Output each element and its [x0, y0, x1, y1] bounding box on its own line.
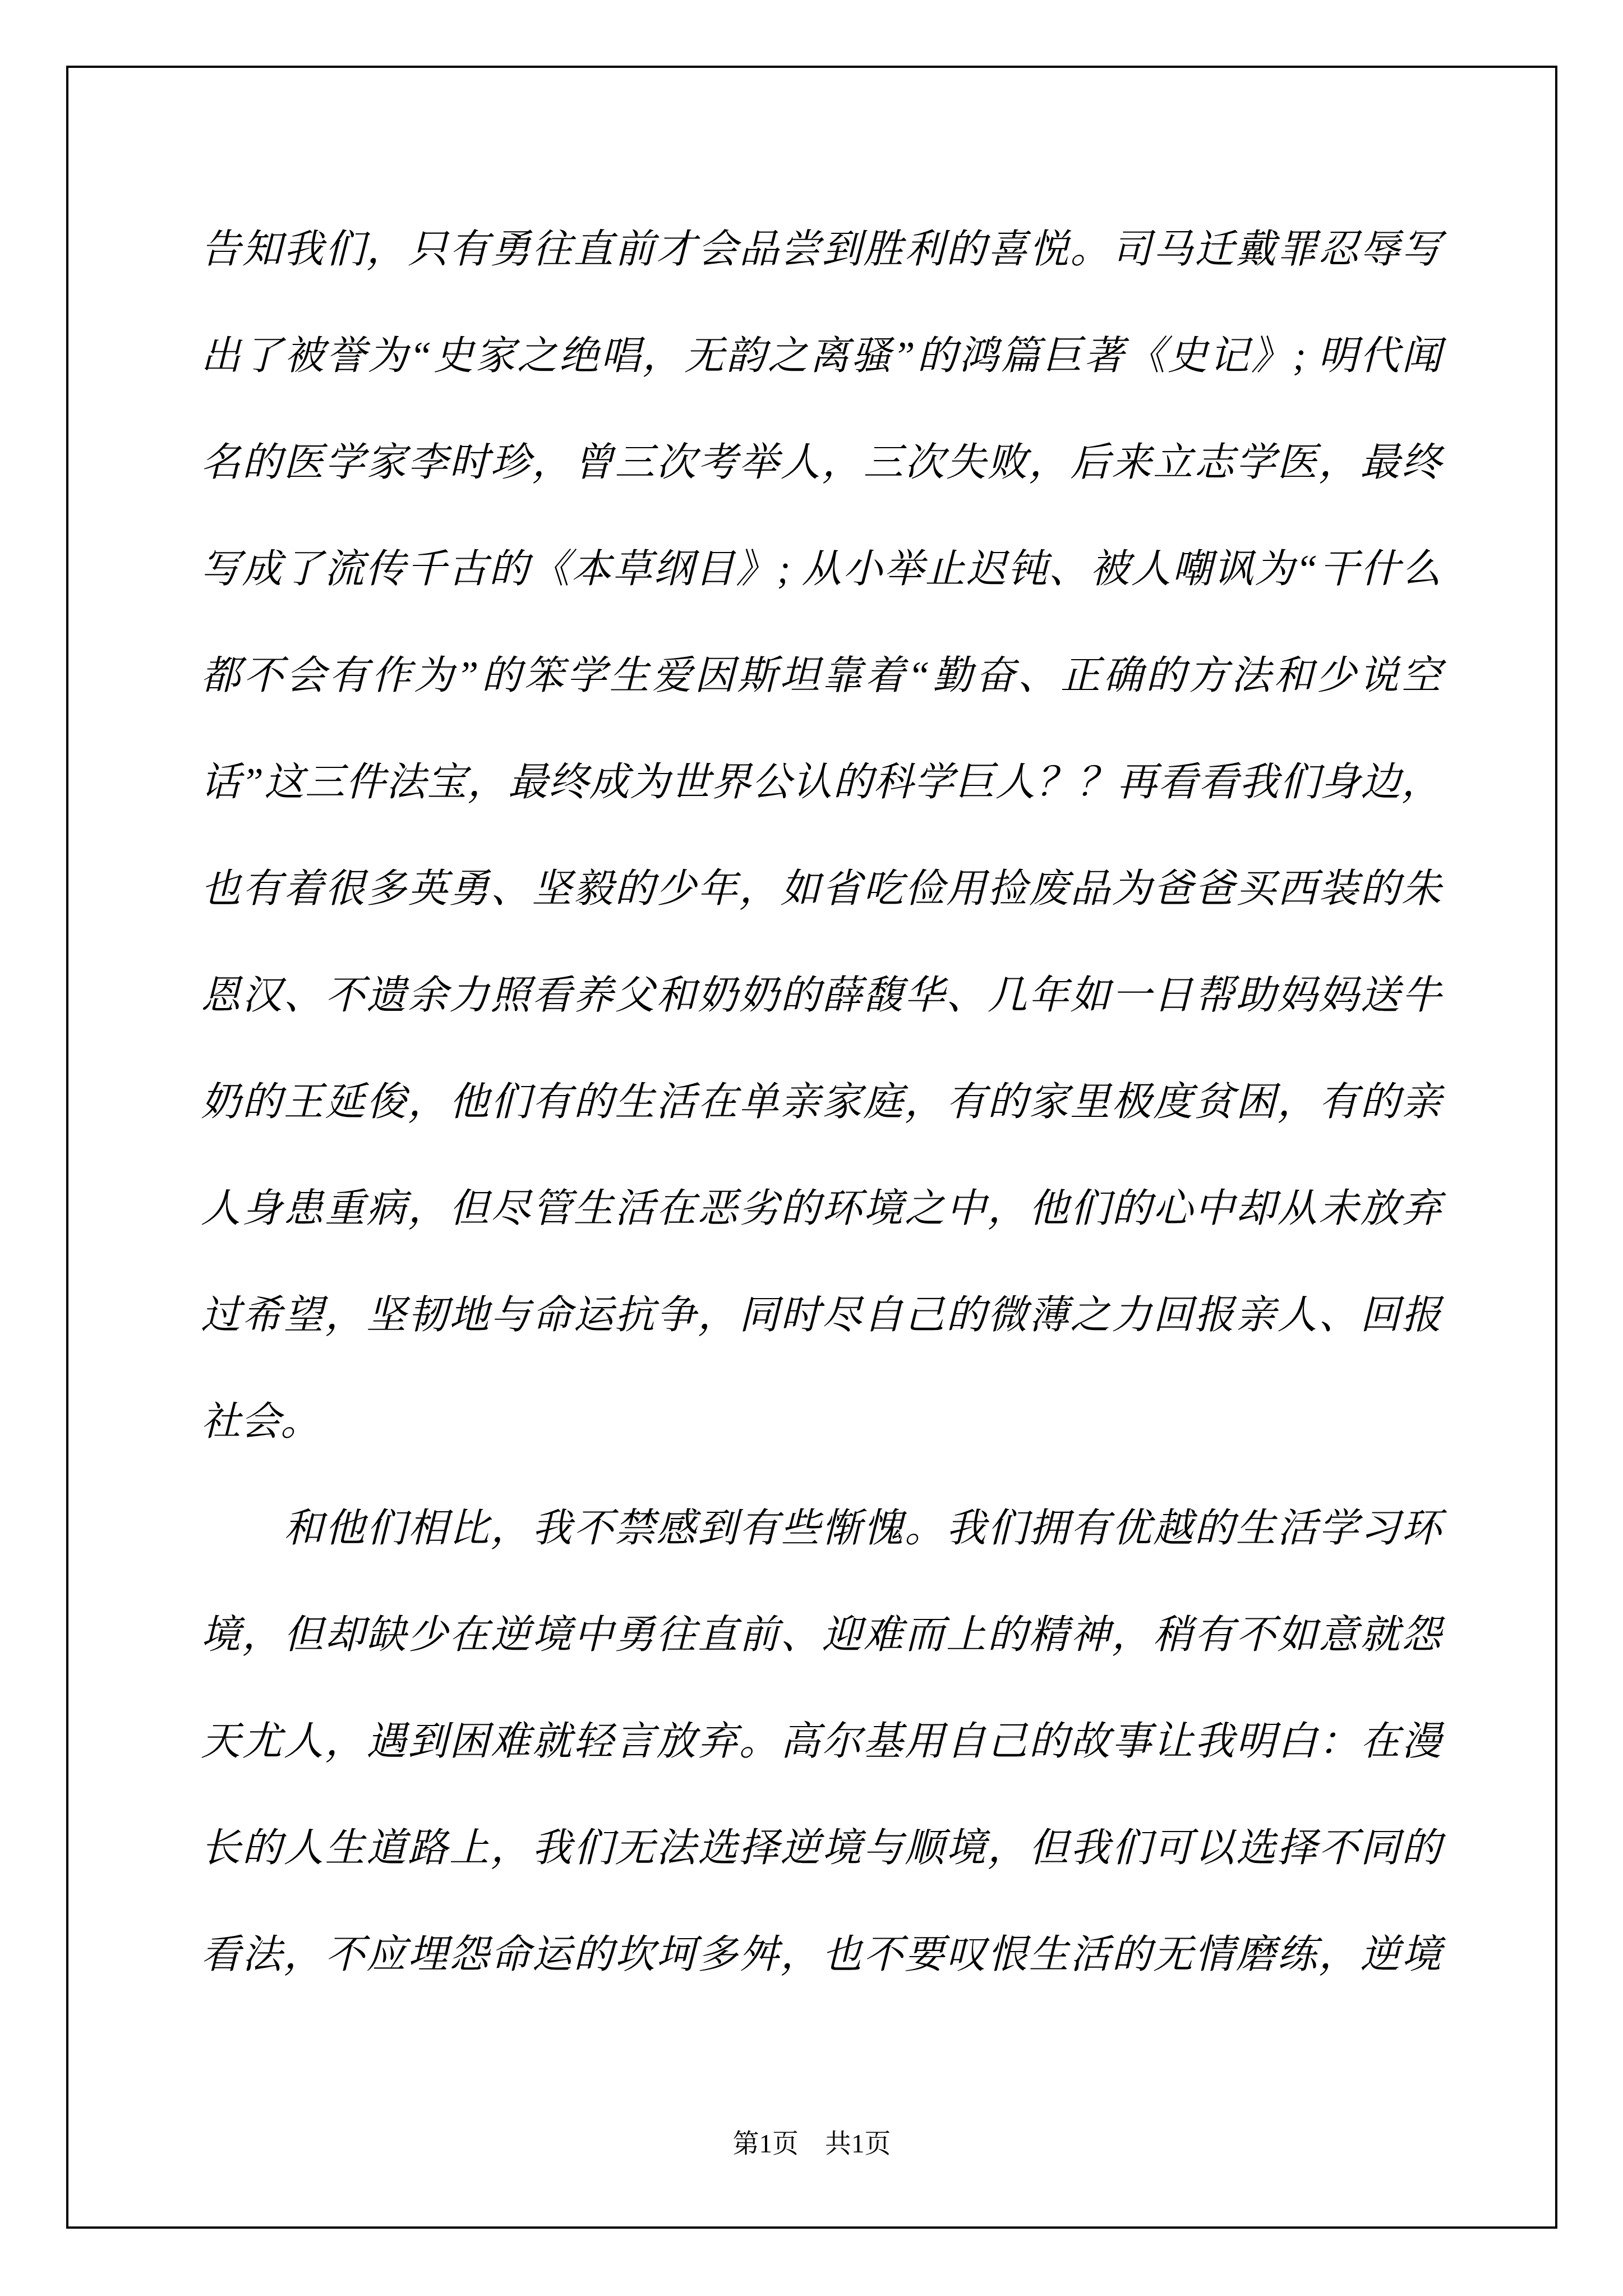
- text-line-paragraph-end: 社会。: [201, 1369, 1441, 1475]
- text-line: 看法，不应埋怨命运的坎坷多舛，也不要叹恨生活的无情磨练，逆境: [201, 1902, 1441, 2008]
- text-line: 出了被誉为“史家之绝唱，无韵之离骚”的鸿篇巨著《史记》; 明代闻: [201, 303, 1441, 409]
- text-line: 告知我们，只有勇往直前才会品尝到胜利的喜悦。司马迁戴罪忍辱写: [201, 196, 1441, 303]
- text-line: 话”这三件法宝，最终成为世界公认的科学巨人？？再看看我们身边，: [201, 729, 1441, 836]
- page-number-label: 第1页 共1页: [733, 2129, 891, 2159]
- text-line: 名的医学家李时珍，曾三次考举人，三次失败，后来立志学医，最终: [201, 409, 1441, 516]
- document-body: 告知我们，只有勇往直前才会品尝到胜利的喜悦。司马迁戴罪忍辱写 出了被誉为“史家之…: [201, 196, 1441, 2008]
- text-line: 人身患重病，但尽管生活在恶劣的环境之中，他们的心中却从未放弃: [201, 1156, 1441, 1262]
- text-line: 写成了流传千古的《本草纲目》; 从小举止迟钝、被人嘲讽为“干什么: [201, 516, 1441, 623]
- text-line: 都不会有作为”的笨学生爱因斯坦靠着“勤奋、正确的方法和少说空: [201, 623, 1441, 729]
- text-line: 境，但却缺少在逆境中勇往直前、迎难而上的精神，稍有不如意就怨: [201, 1582, 1441, 1688]
- page-footer: 第1页 共1页: [68, 2127, 1555, 2161]
- page-border-frame: 告知我们，只有勇往直前才会品尝到胜利的喜悦。司马迁戴罪忍辱写 出了被誉为“史家之…: [66, 66, 1557, 2229]
- document-page: { "document": { "lines": [ "告知我们，只有勇往直前才…: [0, 0, 1623, 2296]
- text-line: 过希望，坚韧地与命运抗争，同时尽自己的微薄之力回报亲人、回报: [201, 1262, 1441, 1369]
- text-line-paragraph-start: 和他们相比，我不禁感到有些惭愧。我们拥有优越的生活学习环: [201, 1475, 1441, 1582]
- text-line: 恩汉、不遗余力照看养父和奶奶的薛馥华、几年如一日帮助妈妈送牛: [201, 942, 1441, 1049]
- text-line: 长的人生道路上，我们无法选择逆境与顺境，但我们可以选择不同的: [201, 1795, 1441, 1902]
- text-line: 奶的王延俊，他们有的生活在单亲家庭，有的家里极度贫困，有的亲: [201, 1049, 1441, 1156]
- text-line: 天尤人，遇到困难就轻言放弃。高尔基用自己的故事让我明白：在漫: [201, 1688, 1441, 1795]
- text-line: 也有着很多英勇、坚毅的少年，如省吃俭用捡废品为爸爸买西装的朱: [201, 836, 1441, 942]
